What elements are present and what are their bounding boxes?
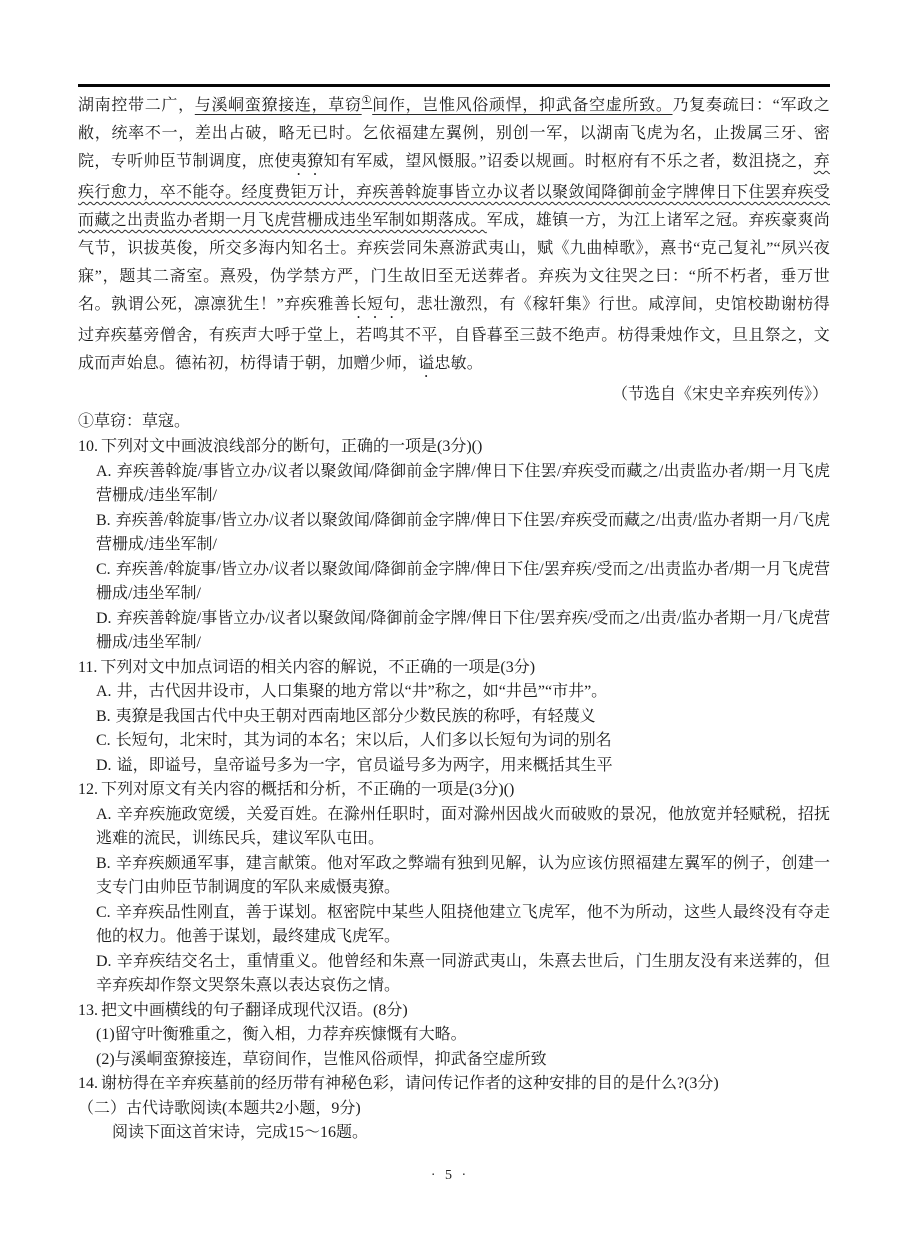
passage-segment-plain: 知有军威，望风慑服。”诏委以规画。时枢府有不乐之者，数沮挠之， bbox=[323, 153, 813, 170]
question-stem: 10.下列对文中画波浪线部分的断句，正确的一项是(3分)() bbox=[78, 435, 830, 460]
question-stem: 14.谢枋得在辛弃疾墓前的经历带有神秘色彩，请问传记作者的这种安排的目的是什么?… bbox=[78, 1072, 830, 1097]
passage-segment-plain: 忠敏。 bbox=[434, 355, 483, 372]
passage-paragraph: 湖南控带二广，与溪峒蛮獠接连，草窃①间作，岂惟风俗顽悍，抑武备空虚所致。乃复奏疏… bbox=[78, 92, 830, 381]
question-10: 10.下列对文中画波浪线部分的断句，正确的一项是(3分)()A.弃疾善斡旋/事皆… bbox=[78, 435, 830, 656]
option-label: D. bbox=[96, 757, 112, 774]
option-text: 弃疾善/斡旋事/皆立办/议者以聚敛闻/降御前金字牌/俾日下住/罢弃疾/受而之/出… bbox=[96, 561, 830, 603]
option-label: C. bbox=[96, 561, 111, 578]
option-label: C. bbox=[96, 904, 111, 921]
sub-item: (1)留守叶衡雅重之，衡入相，力荐弃疾慷慨有大略。 bbox=[78, 1023, 830, 1048]
option-label: A. bbox=[96, 806, 112, 823]
header-rule bbox=[78, 84, 830, 87]
option-B: B.夷獠是我国古代中央王朝对西南地区部分少数民族的称呼，有轻蔑义 bbox=[78, 705, 830, 730]
option-C: C.长短句，北宋时，其为词的本名；宋以后，人们多以长短句为词的别名 bbox=[78, 729, 830, 754]
option-B: B.辛弃疾颇通军事，建言献策。他对军政之弊端有独到见解，认为应该仿照福建左翼军的… bbox=[78, 852, 830, 901]
question-14: 14.谢枋得在辛弃疾墓前的经历带有神秘色彩，请问传记作者的这种安排的目的是什么?… bbox=[78, 1072, 830, 1097]
passage-segment-hline: 间作，岂惟风俗顽悍，抑武备空虚所致。 bbox=[372, 97, 672, 114]
passage-segment-hline: 与溪峒蛮獠接连，草窃 bbox=[195, 97, 362, 114]
option-D: D.谥，即谥号，皇帝谥号多为一字，官员谥号多为两字，用来概括其生平 bbox=[78, 754, 830, 779]
passage-segment-plain: 湖南控带二广， bbox=[78, 97, 195, 114]
option-text: 辛弃疾颇通军事，建言献策。他对军政之弊端有独到见解，认为应该仿照福建左翼军的例子… bbox=[96, 855, 830, 897]
option-text: 辛弃疾结交名士，重情重义。他曾经和朱熹一同游武夷山，朱熹去世后，门生朋友没有来送… bbox=[96, 953, 830, 995]
option-label: A. bbox=[96, 683, 112, 700]
option-label: B. bbox=[96, 855, 111, 872]
option-label: C. bbox=[96, 732, 111, 749]
option-C: C.辛弃疾品性刚直，善于谋划。枢密院中某些人阻挠他建立飞虎军，他不为所动，这些人… bbox=[78, 901, 830, 950]
question-number: 13. bbox=[78, 1002, 98, 1019]
question-stem-text: 下列对原文有关内容的概括和分析，不正确的一项是(3分)() bbox=[101, 781, 514, 798]
question-13: 13.把文中画横线的句子翻译成现代汉语。(8分)(1)留守叶衡雅重之，衡入相，力… bbox=[78, 999, 830, 1073]
section-heading: （二）古代诗歌阅读(本题共2小题，9分) bbox=[78, 1097, 830, 1122]
question-stem: 12.下列对原文有关内容的概括和分析，不正确的一项是(3分)() bbox=[78, 778, 830, 803]
page-number: · 5 · bbox=[0, 1168, 900, 1184]
option-A: A.辛弃疾施政宽缓，关爱百姓。在滁州任职时，面对滁州因战火而破败的景况，他放宽并… bbox=[78, 803, 830, 852]
question-12: 12.下列对原文有关内容的概括和分析，不正确的一项是(3分)()A.辛弃疾施政宽… bbox=[78, 778, 830, 999]
passage-segment-dot: 长短句 bbox=[350, 296, 400, 313]
section-instruction: 阅读下面这首宋诗，完成15～16题。 bbox=[78, 1121, 830, 1146]
exam-page: { "page": { "footer_page_number": "· 5 ·… bbox=[0, 0, 900, 1246]
question-number: 12. bbox=[78, 781, 98, 798]
option-C: C.弃疾善/斡旋事/皆立办/议者以聚敛闻/降御前金字牌/俾日下住/罢弃疾/受而之… bbox=[78, 558, 830, 607]
question-stem-text: 把文中画横线的句子翻译成现代汉语。(8分) bbox=[101, 1002, 408, 1019]
question-stem-text: 谢枋得在辛弃疾墓前的经历带有神秘色彩，请问传记作者的这种安排的目的是什么?(3分… bbox=[101, 1075, 719, 1092]
option-A: A.井，古代因井设市，人口集聚的地方常以“井”称之，如“井邑”“市井”。 bbox=[78, 680, 830, 705]
sub-item: (2)与溪峒蛮獠接连，草窃间作，岂惟风俗顽悍，抑武备空虚所致 bbox=[78, 1048, 830, 1073]
passage-segment-hline: ① bbox=[362, 95, 373, 107]
option-text: 弃疾善斡旋/事皆立办/议者以聚敛闻/降御前金字牌/俾日下住/罢弃疾/受而之/出责… bbox=[96, 610, 830, 652]
passage-segment-dot: 夷獠 bbox=[291, 153, 324, 170]
option-text: 弃疾善/斡旋事/皆立办/议者以聚敛闻/降御前金字牌/俾日下住罢/弃疾受而藏之/出… bbox=[96, 512, 830, 554]
passage-segment-dot: 谥 bbox=[418, 355, 434, 372]
question-stem: 13.把文中画横线的句子翻译成现代汉语。(8分) bbox=[78, 999, 830, 1024]
option-text: 辛弃疾施政宽缓，关爱百姓。在滁州任职时，面对滁州因战火而破败的景况，他放宽并轻赋… bbox=[96, 806, 830, 848]
page-sheet: 湖南控带二广，与溪峒蛮獠接连，草窃①间作，岂惟风俗顽悍，抑武备空虚所致。乃复奏疏… bbox=[0, 0, 900, 1146]
option-text: 谥，即谥号，皇帝谥号多为一字，官员谥号多为两字，用来概括其生平 bbox=[117, 757, 613, 774]
option-text: 夷獠是我国古代中央王朝对西南地区部分少数民族的称呼，有轻蔑义 bbox=[116, 708, 596, 725]
option-text: 长短句，北宋时，其为词的本名；宋以后，人们多以长短句为词的别名 bbox=[116, 732, 612, 749]
option-D: D.辛弃疾结交名士，重情重义。他曾经和朱熹一同游武夷山，朱熹去世后，门生朋友没有… bbox=[78, 950, 830, 999]
option-A: A.弃疾善斡旋/事皆立办/议者以聚敛闻/降御前金字牌/俾日下住罢/弃疾受而藏之/… bbox=[78, 460, 830, 509]
option-label: A. bbox=[96, 463, 112, 480]
option-label: B. bbox=[96, 512, 111, 529]
option-text: 井，古代因井设市，人口集聚的地方常以“井”称之，如“井邑”“市井”。 bbox=[117, 683, 608, 700]
option-D: D.弃疾善斡旋/事皆立办/议者以聚敛闻/降御前金字牌/俾日下住/罢弃疾/受而之/… bbox=[78, 607, 830, 656]
question-stem-text: 下列对文中画波浪线部分的断句，正确的一项是(3分)() bbox=[101, 438, 482, 455]
question-stem-text: 下列对文中加点词语的相关内容的解说，不正确的一项是(3分) bbox=[100, 659, 535, 676]
option-text: 弃疾善斡旋/事皆立办/议者以聚敛闻/降御前金字牌/俾日下住罢/弃疾受而藏之/出责… bbox=[96, 463, 830, 505]
question-number: 11. bbox=[78, 659, 97, 676]
questions: 10.下列对文中画波浪线部分的断句，正确的一项是(3分)()A.弃疾善斡旋/事皆… bbox=[78, 435, 830, 1097]
option-label: B. bbox=[96, 708, 111, 725]
option-text: 辛弃疾品性刚直，善于谋划。枢密院中某些人阻挠他建立飞虎军，他不为所动，这些人最终… bbox=[96, 904, 830, 946]
option-label: D. bbox=[96, 953, 112, 970]
option-label: D. bbox=[96, 610, 112, 627]
passage-note: ①草窃：草寇。 bbox=[78, 408, 830, 435]
question-number: 10. bbox=[78, 438, 98, 455]
question-stem: 11.下列对文中加点词语的相关内容的解说，不正确的一项是(3分) bbox=[78, 656, 830, 681]
passage-attribution: （节选自《宋史辛弃疾列传》） bbox=[78, 381, 830, 408]
question-number: 14. bbox=[78, 1075, 98, 1092]
question-11: 11.下列对文中加点词语的相关内容的解说，不正确的一项是(3分)A.井，古代因井… bbox=[78, 656, 830, 779]
option-B: B.弃疾善/斡旋事/皆立办/议者以聚敛闻/降御前金字牌/俾日下住罢/弃疾受而藏之… bbox=[78, 509, 830, 558]
